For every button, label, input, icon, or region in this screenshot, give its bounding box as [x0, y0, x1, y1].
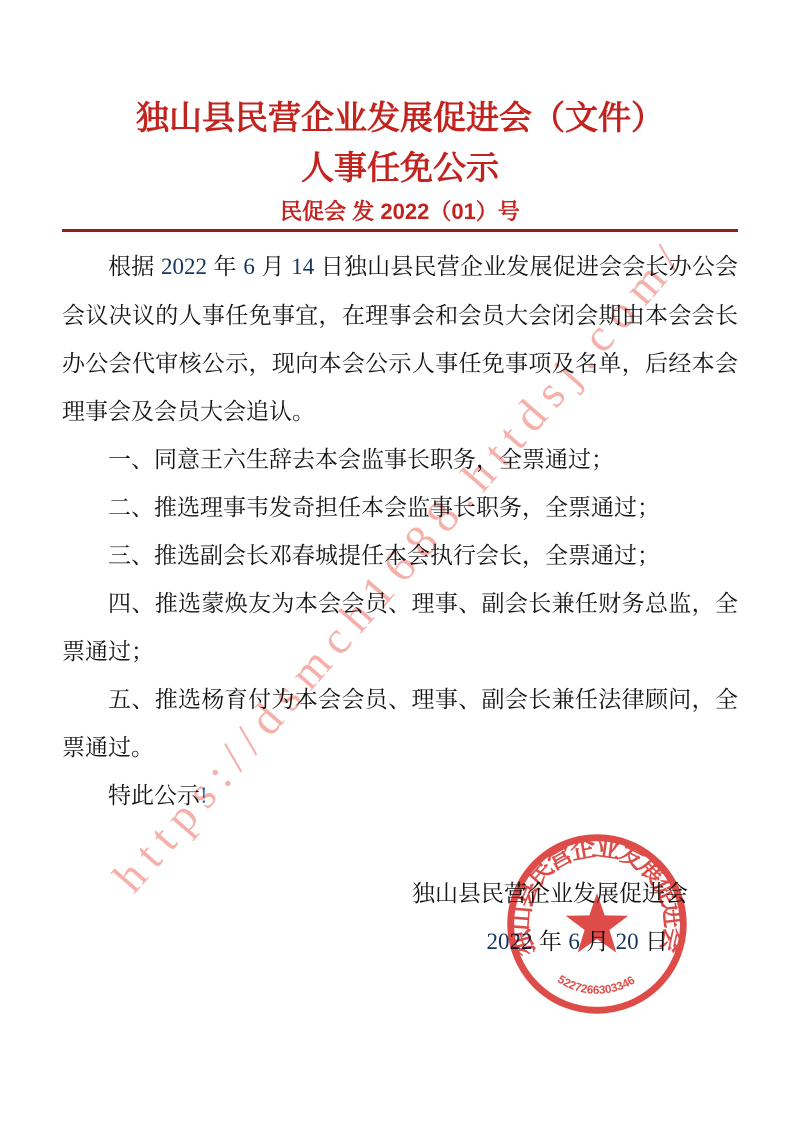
closing-exclamation: ! [200, 783, 208, 808]
stamp-serial-number: 5227266303346 [555, 973, 637, 997]
list-item-2: 二、推选理事韦发奇担任本会监事长职务，全票通过； [62, 483, 738, 531]
star-icon [566, 893, 629, 953]
closing-text: 特此公示 [108, 782, 200, 808]
body-text: 根据 2022 年 6 月 14 日独山县民营企业发展促进会会长办公会会议决议的… [62, 242, 738, 820]
stamp-graphic: 独山县民营企业发展促进会 5227266303346 [500, 827, 694, 1021]
list-item-3: 三、推选副会长邓春城提任本会执行会长，全票通过； [62, 531, 738, 579]
day-number: 14 [291, 254, 314, 279]
month-number: 6 [243, 254, 255, 279]
closing-statement: 特此公示! [62, 771, 738, 820]
year-number: 2022 [161, 254, 207, 279]
paragraph-text: 年 [207, 253, 243, 279]
paragraph-text: 根据 [108, 253, 161, 279]
official-stamp: 独山县民营企业发展促进会 5227266303346 [500, 827, 694, 1021]
paragraph-text: 月 [255, 253, 291, 279]
page-subtitle: 人事任免公示 [62, 147, 738, 189]
doc-number: 民促会 发 2022（01）号 [62, 197, 738, 232]
list-item-1: 一、同意王六生辞去本会监事长职务，全票通过； [62, 435, 738, 483]
page-title: 独山县民营企业发展促进会（文件） [62, 97, 738, 139]
list-item-5: 五、推选杨育付为本会会员、理事、副会长兼任法律顾问，全票通过。 [62, 675, 738, 771]
list-item-4: 四、推选蒙焕友为本会会员、理事、副会长兼任财务总监，全票通过； [62, 579, 738, 675]
body-paragraph: 根据 2022 年 6 月 14 日独山县民营企业发展促进会会长办公会会议决议的… [62, 242, 738, 435]
